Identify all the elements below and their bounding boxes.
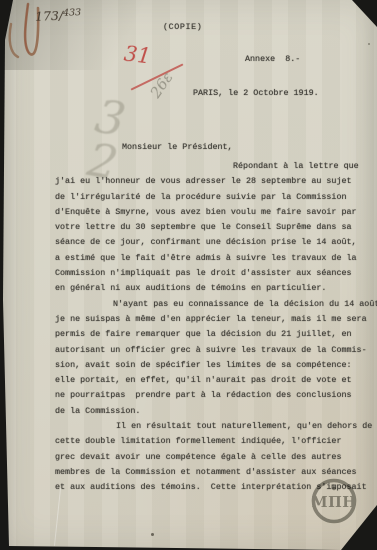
letter-line: grec devait avoir une compétence égale à… xyxy=(55,450,375,465)
letter-line: d'Enquête à Smyrne, vous avez bien voulu… xyxy=(55,205,375,220)
letter-line: de l'irrégularité de la procédure suivie… xyxy=(55,190,375,205)
letter-line: Répondant à la lettre que xyxy=(55,159,375,174)
letter-line: séance de ce jour, confirmant une décisi… xyxy=(55,235,375,250)
letter-line: j'ai eu l'honneur de vous adresser le 28… xyxy=(55,174,375,189)
copy-label: (COPIE) xyxy=(163,22,202,32)
letter-line: autorisant un officier grec à suivre les… xyxy=(55,343,375,358)
letter-line: permis de faire remarquer que la décisio… xyxy=(55,327,375,342)
scanned-letter: 173/433 (COPIE) Annexe 8.- 31 26ε 32 PAR… xyxy=(0,0,377,550)
handwritten-pencil-number: 26ε xyxy=(146,69,176,102)
letter-line: sion, avait soin de spécifier les limite… xyxy=(55,358,375,373)
dateline: PARIS, le 2 Octobre 1919. xyxy=(193,88,319,98)
letter-paragraph: N'ayant pas eu connaissance de la décisi… xyxy=(55,297,375,419)
handwritten-red-number: 31 xyxy=(123,41,152,68)
letter-line: Commission n'impliquait pas le droit d'a… xyxy=(55,266,375,281)
salutation: Monsieur le Président, xyxy=(122,142,233,152)
letter-line: a estimé que le fait d'être admis à suiv… xyxy=(55,251,375,266)
letter-line: elle portait, en effet, qu'il n'aurait p… xyxy=(55,373,375,388)
letter-line: Il en résultait tout naturellement, qu'e… xyxy=(55,419,375,434)
letter-body: Répondant à la lettre quej'ai eu l'honne… xyxy=(55,159,375,496)
archive-reference-number: 173/433 xyxy=(35,4,82,25)
paper-sheet: 173/433 (COPIE) Annexe 8.- 31 26ε 32 PAR… xyxy=(0,0,377,550)
letter-line: N'ayant pas eu connaissance de la décisi… xyxy=(55,297,375,312)
letter-line: votre lettre du 30 septembre que le Cons… xyxy=(55,220,375,235)
archive-stamp: ΜΠΗ xyxy=(311,478,357,524)
annex-label: Annexe 8.- xyxy=(245,54,300,64)
letter-line: je ne suispas à même d'en apprécier la t… xyxy=(55,312,375,327)
letter-paragraph: Répondant à la lettre quej'ai eu l'honne… xyxy=(55,159,375,297)
stamp-monogram: ΜΠΗ xyxy=(312,494,357,511)
letter-line: en général ni aux auditions de témoins e… xyxy=(55,281,375,296)
paper-speck xyxy=(368,43,370,45)
reference-number-sub: 433 xyxy=(63,7,82,19)
paper-speck xyxy=(151,533,154,536)
letter-line: cette double limitation formellement ind… xyxy=(55,434,375,449)
paper-crease xyxy=(54,488,61,546)
letter-line: ne pourraitpas prendre part à la rédacti… xyxy=(55,388,375,403)
reference-number-main: 173/ xyxy=(35,8,64,24)
letter-line: de la Commission. xyxy=(55,404,375,419)
